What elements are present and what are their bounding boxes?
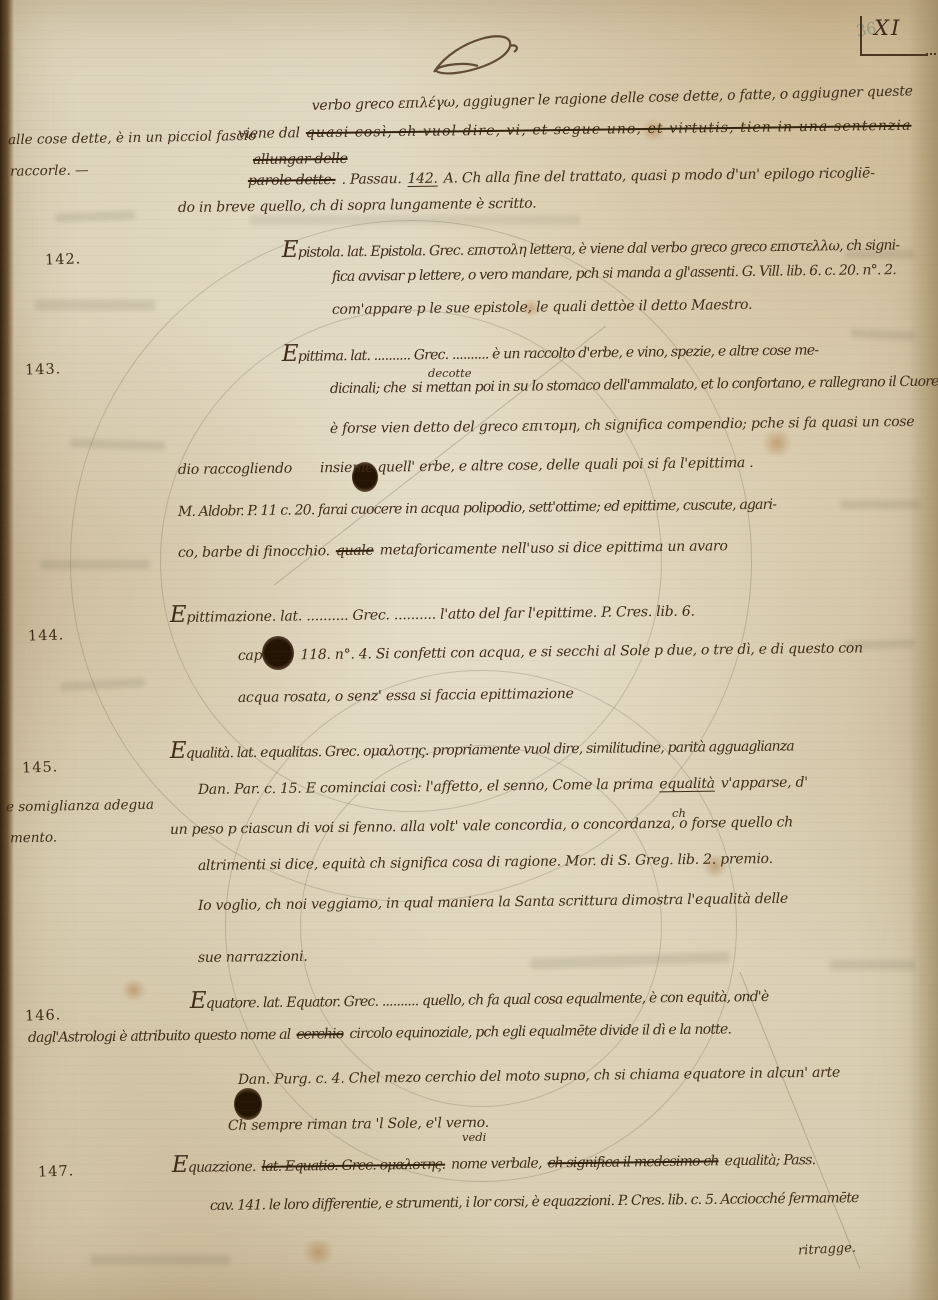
line-text: si mettan poi in su lo stomaco dell'amma… <box>412 374 938 396</box>
line-text: v'apparse, d' <box>721 775 808 792</box>
folio-bracket: XI <box>860 16 928 56</box>
manuscript-line: do in breve quello, ch di sopra lungamen… <box>178 196 537 216</box>
manuscript-line: Ch sempre riman tra 'l Sole, e'l verno. <box>228 1115 489 1134</box>
line-text: insieme quell' erbe, e altre cose, delle… <box>320 455 754 476</box>
struck-text: ch significa il medesimo ch <box>547 1153 718 1171</box>
struck-text: lat. Equatio. Grec. ομαλοτης. <box>262 1157 446 1175</box>
manuscript-line: Epittimazione. lat. .......... Grec. ...… <box>170 596 695 628</box>
showthrough-mark <box>90 1255 230 1265</box>
showthrough-mark <box>55 211 135 223</box>
line-text: 118. n°. 4. Si confetti con acqua, e si … <box>300 640 863 663</box>
stamp-circle <box>70 220 752 902</box>
ink-blot <box>234 1088 262 1120</box>
manuscript-line: Dan. Purg. c. 4. Chel mezo cerchio del m… <box>238 1065 840 1088</box>
entry-number-146: 146. <box>25 1007 62 1024</box>
entry-number-142: 142. <box>45 251 82 268</box>
line-text: co, barbe di finocchio. <box>178 543 330 561</box>
struck-text: allungar delle <box>253 151 348 168</box>
binding-edge <box>0 0 14 1300</box>
manuscript-line: Equalità. lat. equalitas. Grec. ομαλοτης… <box>170 730 794 764</box>
underlined-word: equalità <box>659 776 715 793</box>
line-text: . Passau. <box>341 171 401 188</box>
showthrough-mark <box>250 215 580 225</box>
manuscript-line: Io voglio, ch noi veggiamo, in qual mani… <box>198 891 788 914</box>
manuscript-line: dagl'Astrologi è attribuito questo nome … <box>28 1021 731 1046</box>
entry-number-143: 143. <box>25 361 62 378</box>
manuscript-line: dio raccogliendoinsieme quell' erbe, e a… <box>178 455 754 478</box>
showthrough-mark <box>830 960 915 970</box>
showthrough-mark <box>40 560 150 569</box>
margin-note: e somiglianza adegua <box>6 797 154 816</box>
showthrough-mark <box>850 328 915 340</box>
page-edge-right <box>908 0 938 1300</box>
line-text: dicinali; che <box>330 380 406 397</box>
underlined-citation: 142. <box>407 171 437 187</box>
headword: Equazzione. <box>172 1151 256 1178</box>
manuscript-line: altrimenti si dice, equità ch significa … <box>198 851 773 874</box>
manuscript-line: verbo greco επιλέγω, aggiugner le ragion… <box>312 83 913 114</box>
line-text: A. Ch alla fine del trattato, quasi p mo… <box>444 165 875 186</box>
line-text: dio raccogliendo <box>178 461 292 478</box>
manuscript-line: viene dalquasi così, ch vuol dire, vi, e… <box>238 118 912 142</box>
manuscript-line: Equazzione.lat. Equatio. Grec. ομαλοτης.… <box>172 1144 816 1178</box>
manuscript-line: sue narrazzioni. <box>198 949 308 966</box>
manuscript-line: Dan. Par. c. 15. E cominciai così: l'aff… <box>198 775 808 798</box>
manuscript-page: 36 XI 142. 143. 144. 145. 146. 147. alle… <box>0 0 938 1300</box>
catchword: ritragge. <box>798 1240 857 1258</box>
struck-text: quasi così, ch vuol dire, vi, et segue u… <box>306 118 912 141</box>
manuscript-line: parole dette.. Passau.142.A. Ch alla fin… <box>248 165 875 189</box>
line-text: circolo equinoziale, pch egli equalmēte … <box>349 1021 731 1042</box>
margin-note: raccorle. — <box>10 162 89 179</box>
manuscript-line: fica avvisar p lettere, o vero mandare, … <box>332 262 896 285</box>
interlinear-insertion: decotte <box>428 366 472 380</box>
manuscript-line: com'appare p le sue epistole, le quali d… <box>332 297 753 318</box>
line-text: Dan. Par. c. 15. E cominciai così: l'aff… <box>198 776 654 798</box>
margin-note: alle cose dette, è in un picciol fascio <box>8 128 257 148</box>
folio-dotted-tail <box>926 53 936 55</box>
manuscript-line: cav. 141. le loro differentie, e strumen… <box>210 1190 859 1214</box>
flourish-icon <box>420 22 540 86</box>
line-text: dagl'Astrologi è attribuito questo nome … <box>28 1027 291 1046</box>
stain-spot <box>120 980 148 1000</box>
entry-number-145: 145. <box>22 759 59 776</box>
entry-number-144: 144. <box>28 627 65 644</box>
manuscript-line: co, barbe di finocchio.qualemetaforicame… <box>178 538 728 561</box>
manuscript-line: è forse vien detto del greco επιτομη, ch… <box>330 414 915 437</box>
manuscript-line: M. Aldobr. P. 11 c. 20. farai cuocere in… <box>178 497 776 520</box>
margin-note: mento. <box>10 830 57 847</box>
manuscript-line: Equatore. lat. Equator. Grec. ..........… <box>190 981 769 1014</box>
line-text: viene dal <box>238 125 300 142</box>
stamp-circle <box>300 745 662 1107</box>
entry-number-147: 147. <box>38 1163 75 1180</box>
stain-spot <box>760 430 794 456</box>
line-text: metaforicamente nell'uso si dice epittim… <box>380 538 728 558</box>
line-text: cap. <box>238 648 267 664</box>
folio-number: XI <box>874 16 901 40</box>
interlinear-insertion: vedi <box>462 1130 486 1144</box>
showthrough-mark <box>60 678 145 691</box>
manuscript-line: Epistola. lat. Epistola. Grec. επιστολη … <box>282 229 900 263</box>
line-text: nome verbale, <box>451 1155 542 1172</box>
struck-text: cerchio <box>296 1026 343 1043</box>
showthrough-mark <box>35 300 155 310</box>
manuscript-line: acqua rosata, o senz' essa si faccia epi… <box>238 686 574 706</box>
manuscript-line: dicinali; chesi mettan poi in su lo stom… <box>330 374 938 397</box>
struck-text: parole dette. <box>248 172 336 189</box>
manuscript-line: un peso p ciascun di voi si fenno. alla … <box>170 814 793 838</box>
line-text: equalità; Pass. <box>724 1152 815 1169</box>
manuscript-line: cap.118. n°. 4. Si confetti con acqua, e… <box>238 640 863 664</box>
fold-line <box>740 972 861 1269</box>
manuscript-line: Epittima. lat. .......... Grec. ........… <box>282 334 819 367</box>
struck-text: quale <box>336 543 374 559</box>
stain-spot <box>300 1240 336 1264</box>
showthrough-mark <box>530 952 730 970</box>
showthrough-mark <box>70 438 165 450</box>
